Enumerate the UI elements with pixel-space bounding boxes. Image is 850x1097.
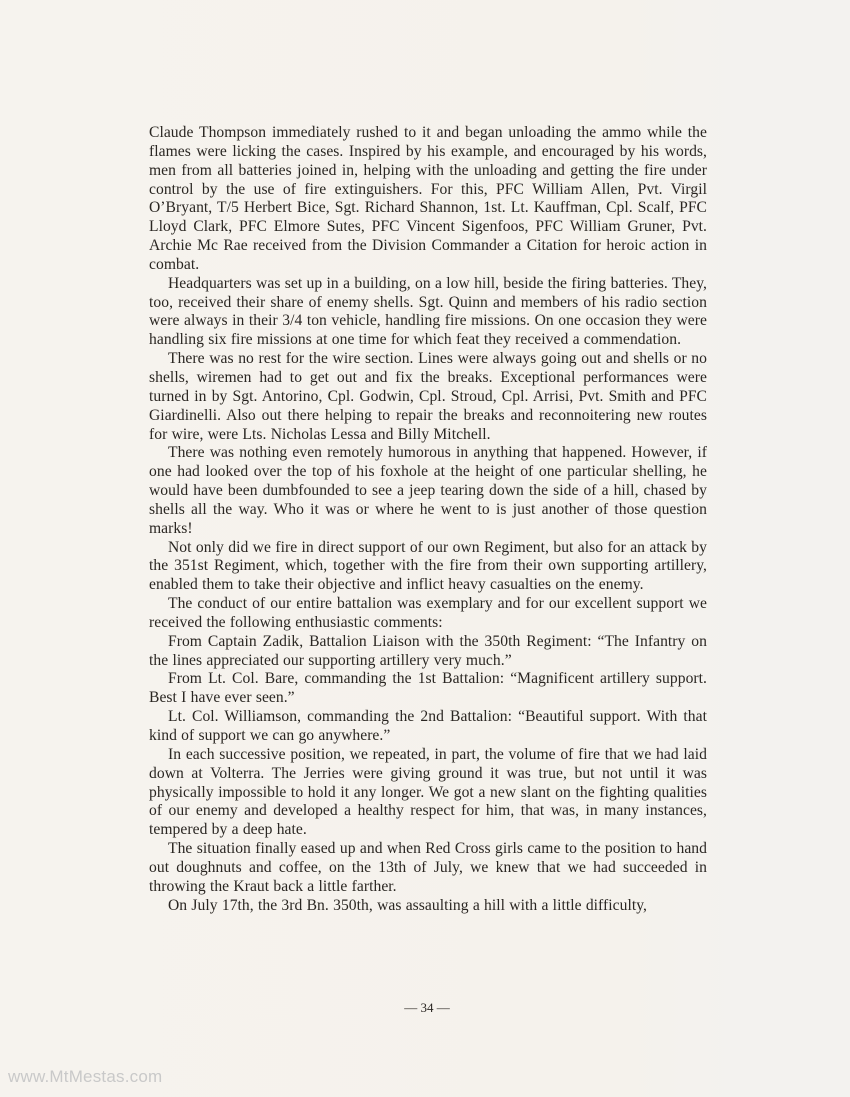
paragraph-july-17: On July 17th, the 3rd Bn. 350th, was ass…: [149, 897, 707, 916]
quote-zadik: From Captain Zadik, Battalion Liaison wi…: [149, 633, 707, 671]
paragraph-351st: Not only did we fire in direct support o…: [149, 539, 707, 596]
paragraph-volterra: In each successive position, we repeated…: [149, 746, 707, 840]
body-text: Claude Thompson immediately rushed to it…: [149, 124, 707, 915]
page-number: — 34 —: [0, 1000, 850, 1016]
watermark: www.MtMestas.com: [8, 1067, 162, 1087]
quote-williamson: Lt. Col. Williamson, commanding the 2nd …: [149, 708, 707, 746]
quote-bare: From Lt. Col. Bare, commanding the 1st B…: [149, 670, 707, 708]
paragraph-red-cross: The situation finally eased up and when …: [149, 840, 707, 897]
paragraph-conduct: The conduct of our entire battalion was …: [149, 595, 707, 633]
paragraph-headquarters: Headquarters was set up in a building, o…: [149, 275, 707, 350]
paragraph-jeep: There was nothing even remotely humorous…: [149, 444, 707, 538]
paragraph-citation: Claude Thompson immediately rushed to it…: [149, 124, 707, 275]
paragraph-wire-section: There was no rest for the wire section. …: [149, 350, 707, 444]
